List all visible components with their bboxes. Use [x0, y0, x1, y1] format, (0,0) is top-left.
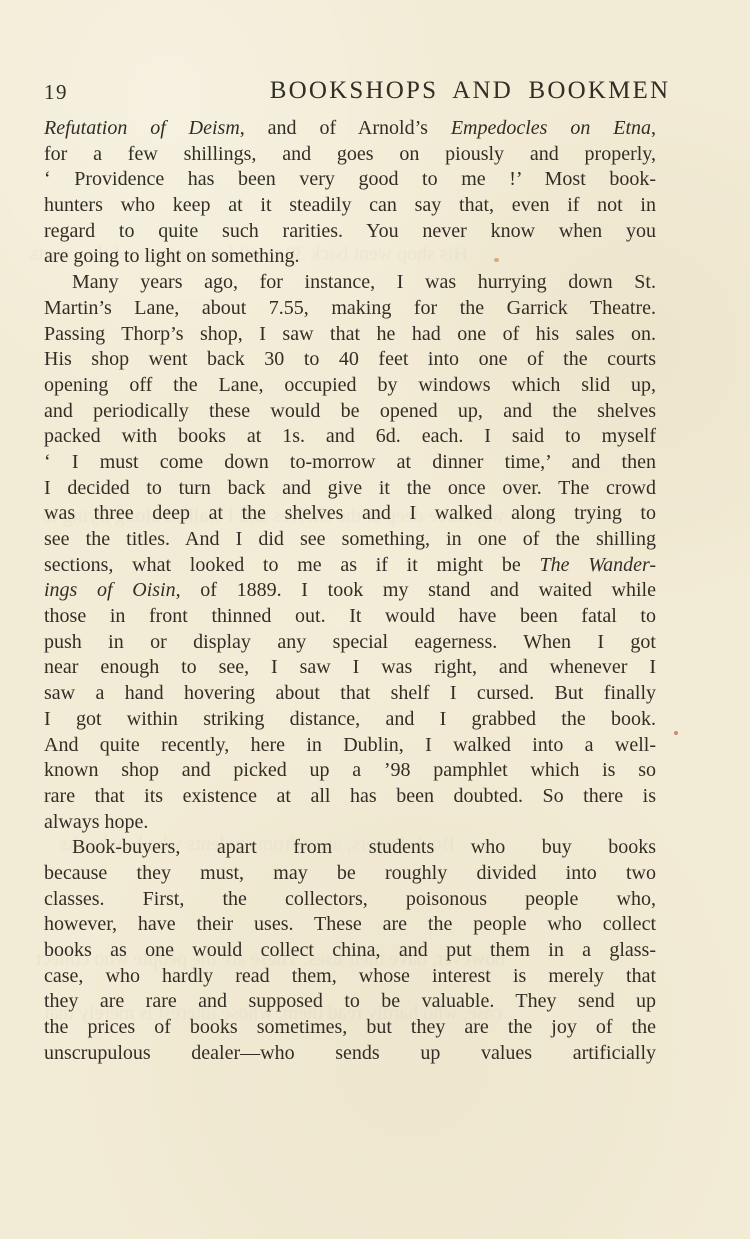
text-line: saw a hand hovering about that shelf I c… [44, 681, 656, 707]
italic-text: ings of Oisin [44, 579, 176, 601]
body-text-segment: opening off the Lane, occupied by window… [44, 374, 656, 396]
text-line: ‘ Providence has been very good to me !’… [44, 167, 656, 193]
body-text-segment: ‘ Providence has been very good to me !’… [44, 168, 656, 190]
text-line: Martin’s Lane, about 7.55, making for th… [44, 296, 656, 322]
body-text-segment: and periodically these would be opened u… [44, 400, 656, 422]
body-text-segment: they are rare and supposed to be valuabl… [44, 990, 656, 1012]
text-line: sections, what looked to me as if it mig… [44, 553, 656, 579]
text-line: Many years ago, for instance, I was hurr… [44, 270, 656, 296]
text-line: the prices of books sometimes, but they … [44, 1015, 656, 1041]
text-line: packed with books at 1s. and 6d. each. I… [44, 424, 656, 450]
body-text-segment: His shop went back 30 to 40 feet into on… [44, 348, 656, 370]
body-text-segment: those in front thinned out. It would hav… [44, 605, 656, 627]
text-line: Passing Thorp’s shop, I saw that he had … [44, 322, 656, 348]
italic-text: The Wander- [540, 554, 656, 576]
body-text-segment: for a few shillings, and goes on piously… [44, 143, 656, 165]
book-page: 19 BOOKSHOPS AND BOOKMEN Refutation of D… [0, 0, 750, 1239]
text-line: see the titles. And I did see something,… [44, 527, 656, 553]
body-text-segment: see the titles. And I did see something,… [44, 528, 656, 550]
body-text-segment: classes. First, the collectors, poisonou… [44, 888, 656, 910]
text-line: and periodically these would be opened u… [44, 399, 656, 425]
body-text-segment: Passing Thorp’s shop, I saw that he had … [44, 323, 656, 345]
text-line: for a few shillings, and goes on piously… [44, 142, 656, 168]
body-text-segment: Book-buyers, apart from students who buy… [72, 836, 656, 858]
body-text-segment: was three deep at the shelves and I walk… [44, 502, 656, 524]
body-text-segment: near enough to see, I saw I was right, a… [44, 656, 656, 678]
body-text-segment: packed with books at 1s. and 6d. each. I… [44, 425, 656, 447]
body-text-segment: I got within striking distance, and I gr… [44, 708, 656, 730]
text-line: hunters who keep at it steadily can say … [44, 193, 656, 219]
text-line: I got within striking distance, and I gr… [44, 707, 656, 733]
text-line: near enough to see, I saw I was right, a… [44, 655, 656, 681]
text-line: those in front thinned out. It would hav… [44, 604, 656, 630]
body-text-segment: ‘ I must come down to-morrow at dinner t… [44, 451, 656, 473]
text-line: Book-buyers, apart from students who buy… [44, 835, 656, 861]
text-line: because they must, may be roughly divide… [44, 861, 656, 887]
body-text-segment: always hope. [44, 811, 148, 833]
body-text-segment: rare that its existence at all has been … [44, 785, 656, 807]
body-text-segment: , and of Arnold’s [240, 117, 451, 139]
body-text: Refutation of Deism, and of Arnold’s Emp… [44, 116, 656, 1066]
body-text-segment: And quite recently, here in Dublin, I wa… [44, 734, 656, 756]
text-line: they are rare and supposed to be valuabl… [44, 989, 656, 1015]
body-text-segment: Many years ago, for instance, I was hurr… [72, 271, 656, 293]
body-text-segment: the prices of books sometimes, but they … [44, 1016, 656, 1038]
text-line: ‘ I must come down to-morrow at dinner t… [44, 450, 656, 476]
text-line: however, have their uses. These are the … [44, 912, 656, 938]
body-text-segment: however, have their uses. These are the … [44, 913, 656, 935]
text-line: push in or display any special eagerness… [44, 630, 656, 656]
body-text-segment: saw a hand hovering about that shelf I c… [44, 682, 656, 704]
body-text-segment: , of 1889. I took my stand and waited wh… [176, 579, 656, 601]
text-line: regard to quite such rarities. You never… [44, 219, 656, 245]
paper-speck [674, 731, 678, 735]
text-line: I decided to turn back and give it the o… [44, 476, 656, 502]
text-line: case, who hardly read them, whose intere… [44, 964, 656, 990]
body-text-segment: case, who hardly read them, whose intere… [44, 965, 656, 987]
body-text-segment: are going to light on something. [44, 245, 300, 267]
italic-text: Refutation of Deism [44, 117, 240, 139]
text-line: rare that its existence at all has been … [44, 784, 656, 810]
page-number: 19 [44, 80, 68, 105]
text-line: His shop went back 30 to 40 feet into on… [44, 347, 656, 373]
text-line: And quite recently, here in Dublin, I wa… [44, 733, 656, 759]
text-line: opening off the Lane, occupied by window… [44, 373, 656, 399]
body-text-segment: regard to quite such rarities. You never… [44, 220, 656, 242]
text-line: classes. First, the collectors, poisonou… [44, 887, 656, 913]
body-text-segment: hunters who keep at it steadily can say … [44, 194, 656, 216]
body-text-segment: Martin’s Lane, about 7.55, making for th… [44, 297, 656, 319]
body-text-segment: sections, what looked to me as if it mig… [44, 554, 540, 576]
italic-text: Empedocles on Etna [451, 117, 651, 139]
body-text-segment: books as one would collect china, and pu… [44, 939, 656, 961]
text-line: Refutation of Deism, and of Arnold’s Emp… [44, 116, 656, 142]
text-line: always hope. [44, 810, 656, 836]
text-line: are going to light on something. [44, 244, 656, 270]
text-line: ings of Oisin, of 1889. I took my stand … [44, 578, 656, 604]
body-text-segment: push in or display any special eagerness… [44, 631, 656, 653]
text-line: known shop and picked up a ’98 pamphlet … [44, 758, 656, 784]
body-text-segment: , [651, 117, 656, 139]
text-line: unscrupulous dealer—who sends up values … [44, 1041, 656, 1067]
body-text-segment: I decided to turn back and give it the o… [44, 477, 656, 499]
body-text-segment: known shop and picked up a ’98 pamphlet … [44, 759, 656, 781]
running-head: BOOKSHOPS AND BOOKMEN [270, 77, 671, 105]
text-line: books as one would collect china, and pu… [44, 938, 656, 964]
body-text-segment: because they must, may be roughly divide… [44, 862, 656, 884]
text-line: was three deep at the shelves and I walk… [44, 501, 656, 527]
body-text-segment: unscrupulous dealer—who sends up values … [44, 1042, 656, 1064]
